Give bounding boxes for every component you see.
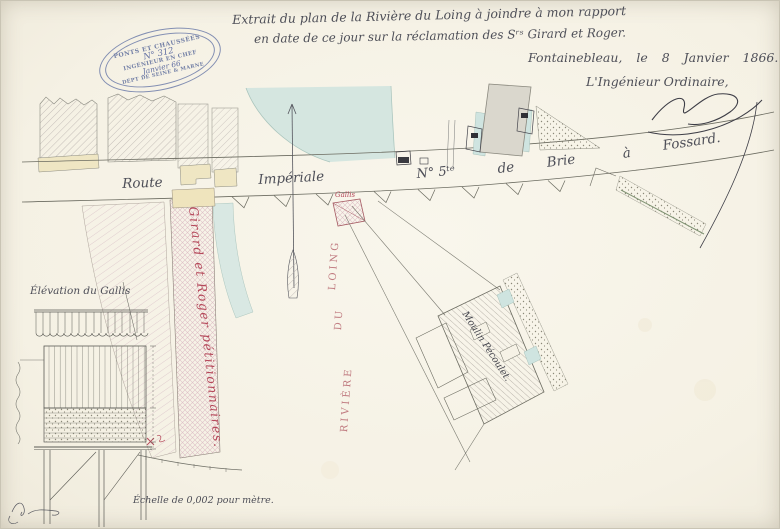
road-label-brie: Brie <box>546 154 576 171</box>
road-label-route: Route <box>122 177 163 192</box>
road-label-de: de <box>497 161 515 176</box>
gallis-plan-label: Gallis <box>335 192 355 199</box>
road-embankment <box>590 168 706 236</box>
dateline: Fontainebleau, le 8 Janvier 1866. <box>528 52 778 65</box>
road-label-imperiale: Impériale <box>258 171 325 188</box>
river-water <box>213 86 395 318</box>
draughtsman-signature <box>9 503 59 524</box>
scale-note: Échelle de 0,002 pour mètre. <box>133 496 274 506</box>
river-label-du: DU <box>334 308 346 331</box>
gallis-plan-mark <box>333 199 365 226</box>
scanned-plan-sheet: Extrait du plan de la Rivière du Loing à… <box>0 0 780 529</box>
road-label-a: à <box>622 147 632 161</box>
elevation-title: Élévation du Gallis <box>30 286 130 297</box>
road-label-number: N° 5ᵗᵉ <box>416 165 456 181</box>
riverside-buildings <box>38 94 238 187</box>
engineer-title: L'Ingénieur Ordinaire, <box>586 76 729 89</box>
